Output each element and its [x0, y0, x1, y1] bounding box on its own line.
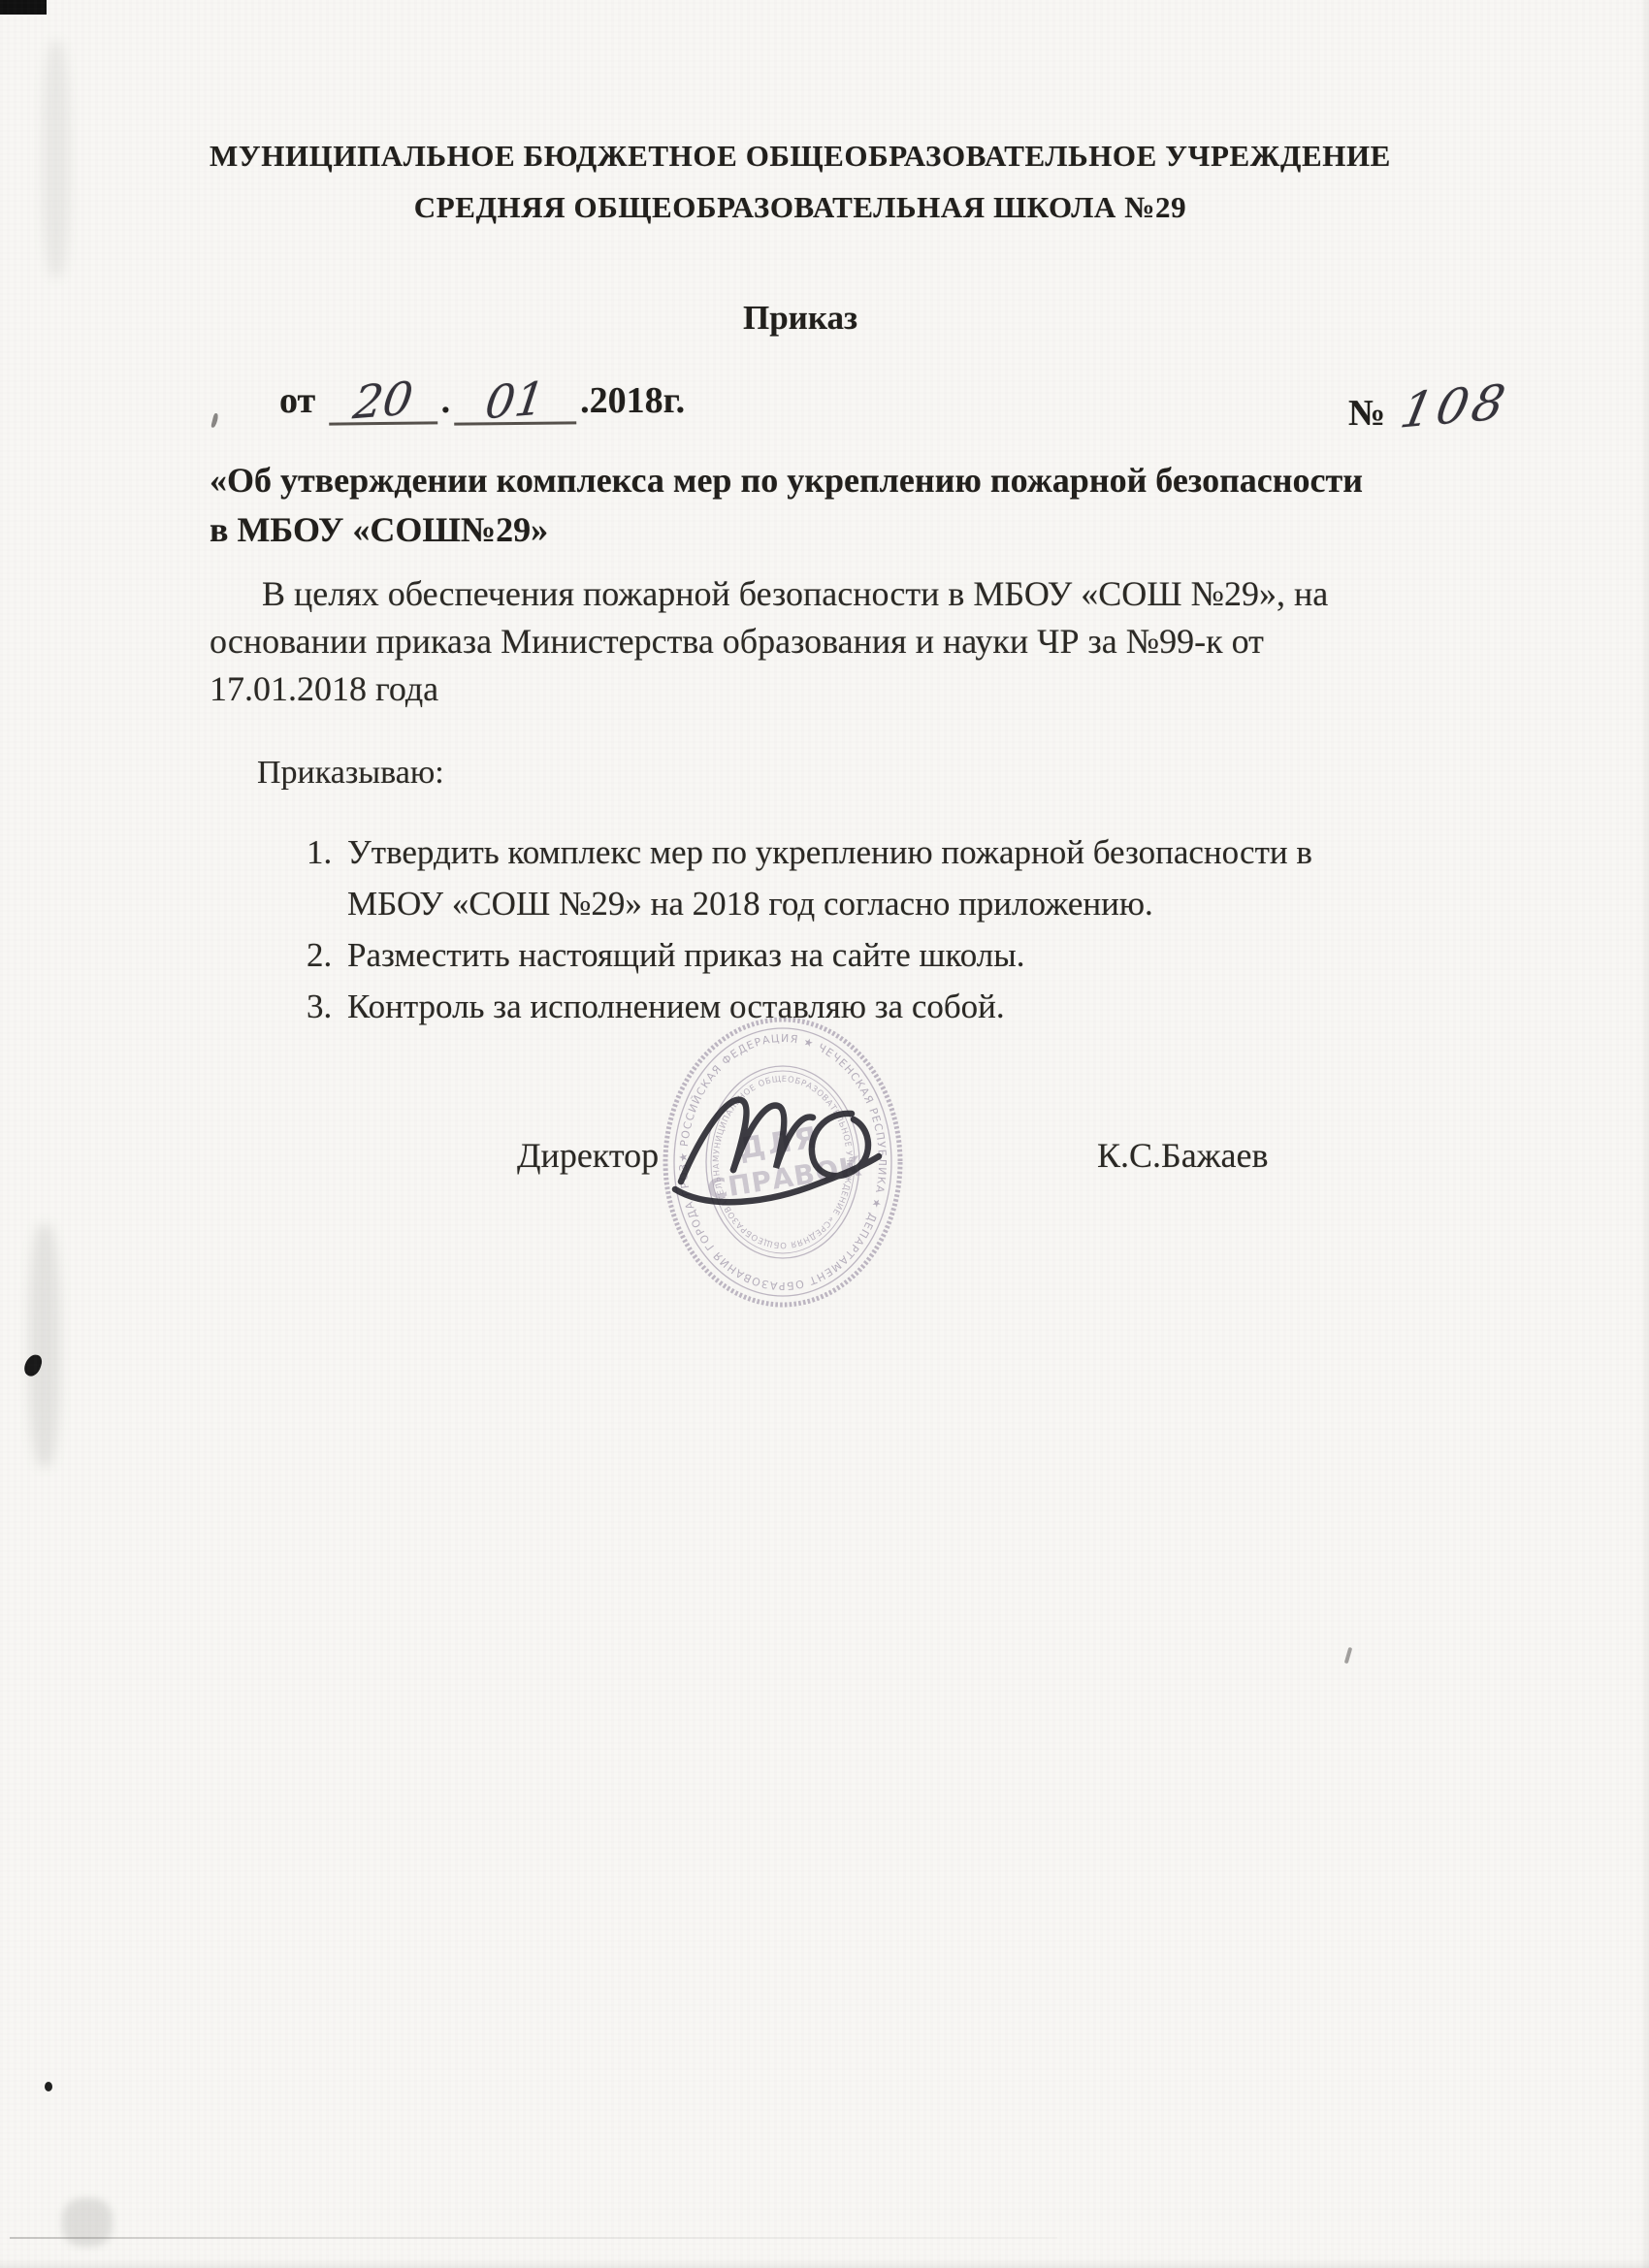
item-text-line: Разместить настоящий приказ на сайте шко… — [347, 929, 1025, 981]
preamble-paragraph: В целях обеспечения пожарной безопасност… — [210, 570, 1328, 713]
preamble-line: основании приказа Министерства образован… — [210, 618, 1328, 665]
handwritten-day: 20 — [351, 380, 415, 424]
resolution-word: Приказываю: — [257, 755, 444, 792]
org-header: МУНИЦИПАЛЬНОЕ БЮДЖЕТНОЕ ОБЩЕОБРАЗОВАТЕЛЬ… — [194, 130, 1406, 233]
scan-artifact-smudge — [29, 1224, 60, 1467]
preamble-line: В целях обеспечения пожарной безопасност… — [210, 570, 1328, 618]
number-sign: № — [1348, 393, 1385, 434]
item-text-line: МБОУ «СОШ №29» на 2018 год согласно прил… — [347, 878, 1312, 929]
scan-edge-shadow — [1640, 0, 1649, 2268]
order-number: № 108 — [1348, 380, 1499, 437]
date-line: от 20.01.2018г. — [279, 378, 685, 425]
director-role-label: Директор — [517, 1135, 659, 1176]
director-name: К.С.Бажаев — [1097, 1135, 1269, 1176]
director-signature — [652, 1063, 894, 1223]
subject-line: в МБОУ «СОШ№29» — [210, 505, 1363, 555]
order-item-2: 2. Разместить настоящий приказ на сайте … — [307, 929, 1312, 981]
scanned-order-document: МУНИЦИПАЛЬНОЕ БЮДЖЕТНОЕ ОБЩЕОБРАЗОВАТЕЛЬ… — [0, 0, 1649, 2268]
date-dot: . — [441, 380, 451, 421]
order-item-3: 3. Контроль за исполнением оставляю за с… — [307, 981, 1312, 1032]
scan-artifact-corner — [0, 0, 47, 15]
date-day-blank: 20 — [328, 377, 436, 425]
item-number: 2. — [307, 929, 347, 981]
scan-edge-shadow — [0, 2258, 1649, 2268]
date-month-blank: 01 — [454, 377, 576, 425]
order-items: 1. Утвердить комплекс мер по укреплению … — [307, 826, 1312, 1032]
item-text-line: Утвердить комплекс мер по укреплению пож… — [347, 826, 1312, 878]
scan-artifact-line — [10, 2237, 1057, 2239]
order-item-1: 1. Утвердить комплекс мер по укреплению … — [307, 826, 1312, 929]
scan-artifact-comma — [210, 413, 218, 429]
date-prefix: от — [279, 380, 315, 421]
subject-line: «Об утверждении комплекса мер по укрепле… — [210, 456, 1363, 505]
scan-artifact-smudge — [43, 41, 70, 277]
org-name-line2: СРЕДНЯЯ ОБЩЕОБРАЗОВАТЕЛЬНАЯ ШКОЛА №29 — [194, 181, 1406, 233]
scan-artifact-smudge — [62, 2198, 113, 2247]
document-title: Приказ — [194, 299, 1406, 338]
item-number: 3. — [307, 981, 347, 1032]
item-number: 1. — [307, 826, 347, 929]
handwritten-month: 01 — [483, 380, 547, 424]
scan-artifact-tick — [1344, 1647, 1353, 1664]
date-year-suffix: .2018г. — [580, 380, 685, 421]
subject-block: «Об утверждении комплекса мер по укрепле… — [210, 456, 1363, 555]
preamble-line: 17.01.2018 года — [210, 665, 1328, 713]
org-name-line1: МУНИЦИПАЛЬНОЕ БЮДЖЕТНОЕ ОБЩЕОБРАЗОВАТЕЛЬ… — [194, 130, 1406, 181]
scan-artifact-dot — [45, 2082, 52, 2091]
item-text-line: Контроль за исполнением оставляю за собо… — [347, 981, 1005, 1032]
handwritten-number: 108 — [1396, 373, 1513, 438]
